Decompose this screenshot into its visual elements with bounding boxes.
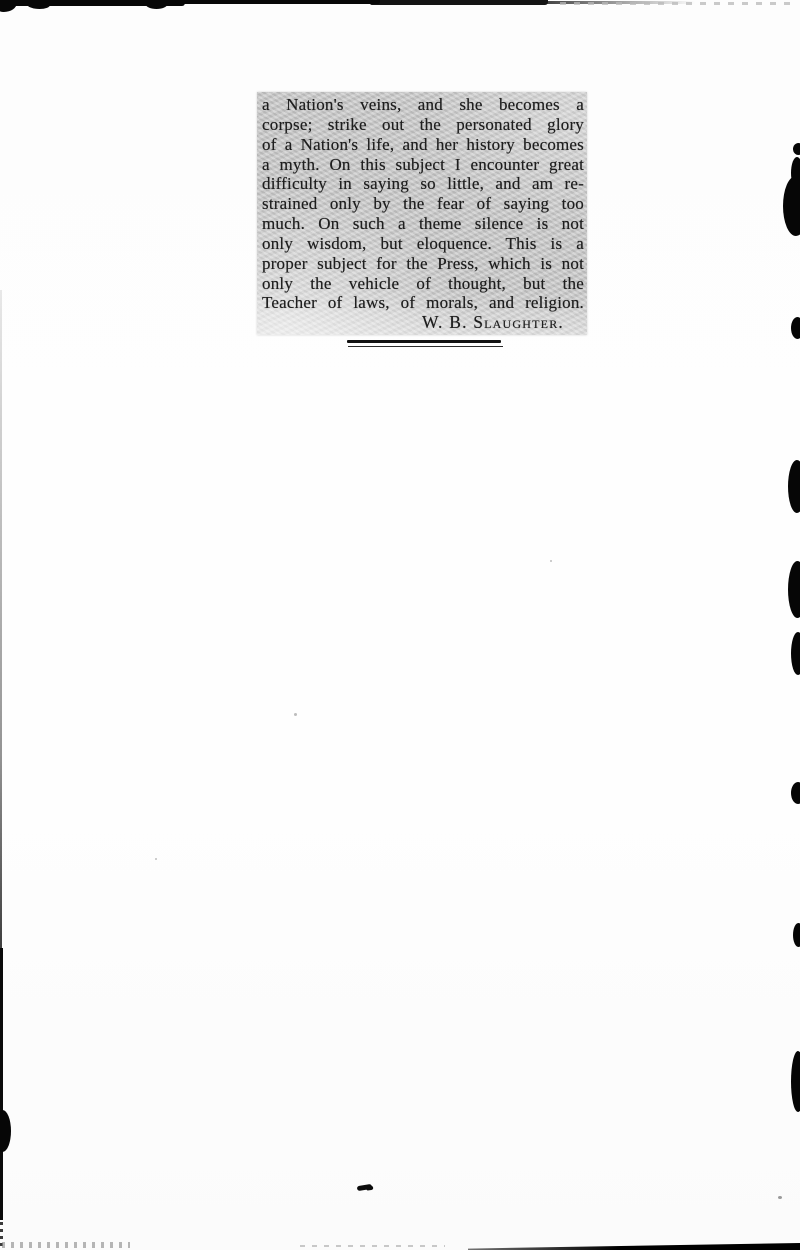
news-clipping: a Nation's veins, and she becomes a corp… bbox=[257, 92, 587, 335]
scan-artifact-left-edge bbox=[0, 290, 2, 955]
scan-artifact-speck bbox=[778, 1196, 782, 1199]
scan-artifact-left-edge bbox=[0, 948, 3, 1220]
scan-artifact-right-blob bbox=[791, 1051, 800, 1112]
scan-artifact-bottom-edge bbox=[2, 1242, 130, 1248]
text-line: proper subject for the Press, which is n… bbox=[262, 254, 584, 274]
scan-artifact-right-blob bbox=[783, 176, 800, 236]
text-line: much. On such a theme silence is not bbox=[262, 214, 584, 234]
text-line: of a Nation's life, and her history beco… bbox=[262, 135, 584, 155]
scanned-page: a Nation's veins, and she becomes a corp… bbox=[0, 0, 800, 1250]
scan-artifact-top-edge bbox=[370, 0, 548, 5]
paper-speck bbox=[550, 560, 552, 562]
text-line: only the vehicle of thought, but the bbox=[262, 274, 584, 294]
scan-artifact-top-edge bbox=[175, 0, 380, 4]
scan-artifact-top-edge bbox=[146, 0, 167, 9]
signature: W. B. Slaughter. bbox=[262, 313, 584, 333]
scan-artifact-top-edge bbox=[27, 0, 50, 9]
scan-artifact-left-blob bbox=[0, 1110, 11, 1152]
divider-rule-top bbox=[347, 340, 501, 343]
paper-speck bbox=[294, 713, 297, 716]
scan-artifact-top-edge bbox=[560, 2, 790, 5]
text-line: Teacher of laws, of morals, and religion… bbox=[262, 293, 584, 313]
text-line: a myth. On this subject I encounter grea… bbox=[262, 155, 584, 175]
scan-artifact-right-blob bbox=[791, 632, 800, 675]
divider-rule-bottom bbox=[348, 346, 503, 347]
scan-artifact-mark bbox=[357, 1184, 373, 1191]
scan-artifact-right-blob bbox=[791, 317, 800, 339]
scan-artifact-bottom-edge bbox=[468, 1243, 800, 1250]
scan-artifact-bottom-edge bbox=[300, 1245, 445, 1247]
scan-artifact-right-blob bbox=[788, 561, 800, 618]
clipping-text: a Nation's veins, and she becomes a corp… bbox=[262, 95, 584, 335]
text-line: corpse; strike out the personated glory bbox=[262, 115, 584, 135]
scan-artifact-right-blob bbox=[791, 782, 800, 804]
text-line: only wisdom, but eloquence. This is a bbox=[262, 234, 584, 254]
text-line: strained only by the fear of saying too bbox=[262, 194, 584, 214]
text-line: difficulty in saying so little, and am r… bbox=[262, 174, 584, 194]
paper-speck bbox=[155, 858, 157, 860]
text-line: a Nation's veins, and she becomes a bbox=[262, 95, 584, 115]
scan-artifact-right-blob bbox=[793, 923, 800, 947]
scan-artifact-right-blob bbox=[788, 460, 800, 513]
scan-artifact-right-blob bbox=[793, 143, 800, 155]
scan-artifact-top-corner bbox=[0, 0, 17, 12]
